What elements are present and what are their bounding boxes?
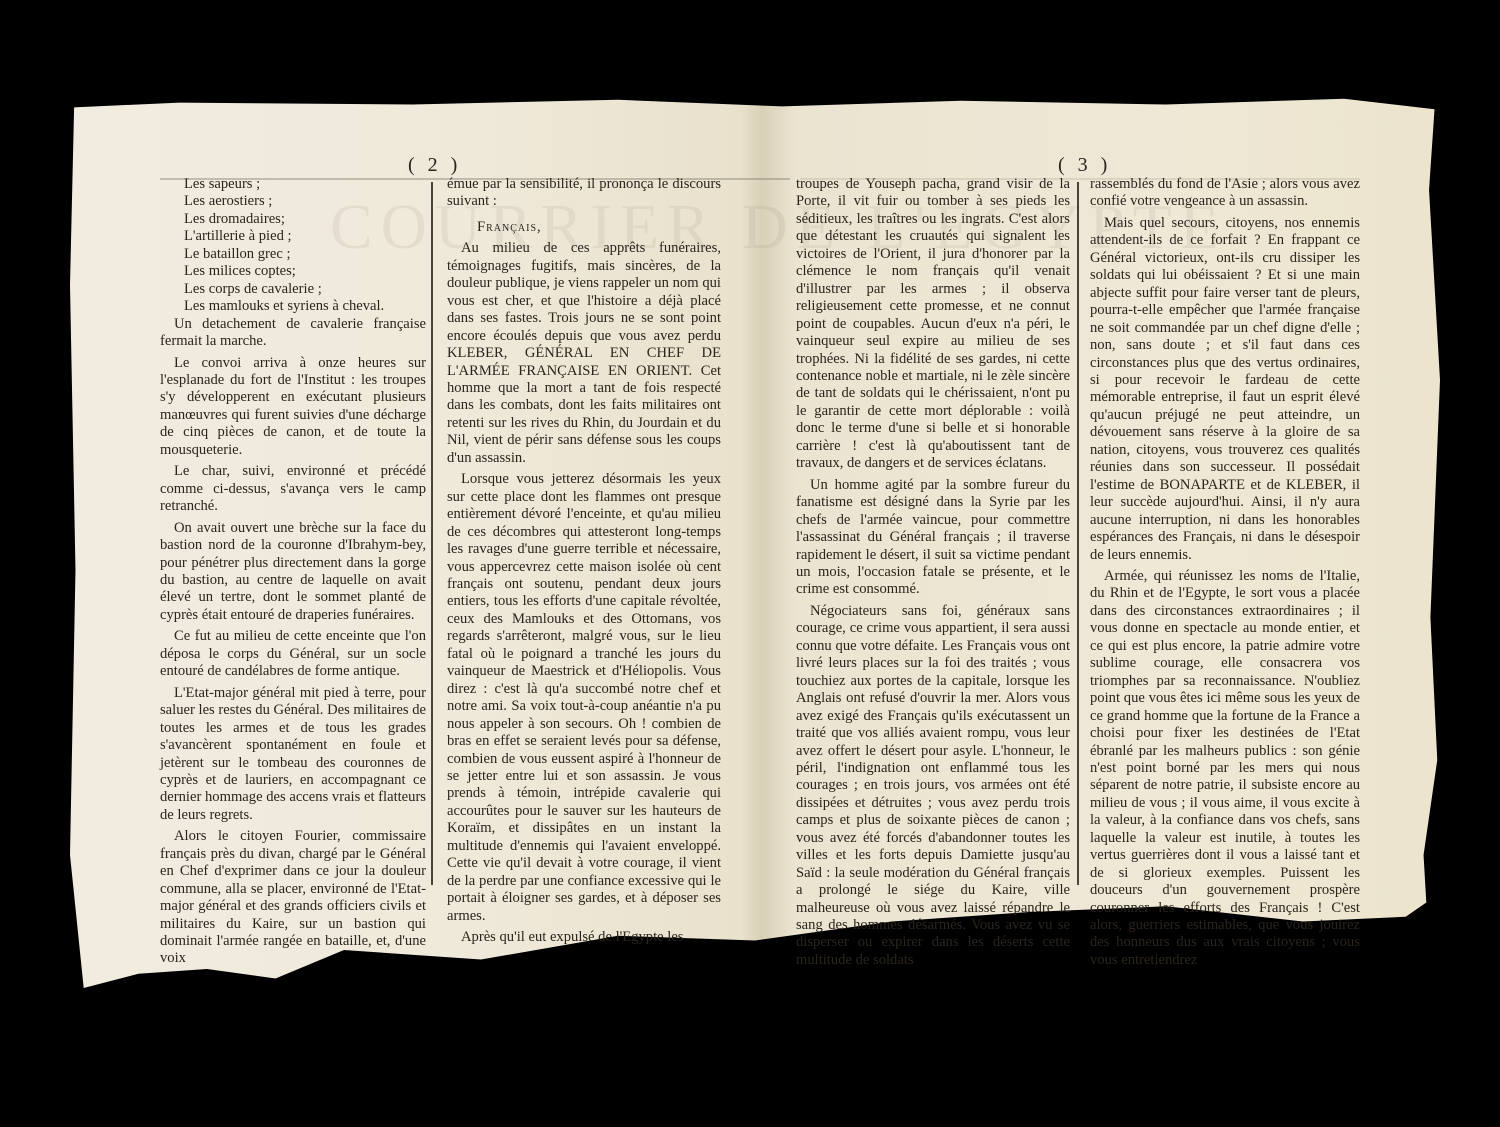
paragraph: Le char, suivi, environné et précédé com… [160, 463, 426, 515]
paragraph: Un detachement de cavalerie française fe… [160, 316, 426, 351]
paragraph: Le convoi arriva à onze heures sur l'esp… [160, 355, 426, 460]
paragraph: Ce fut au milieu de cette enceinte que l… [160, 628, 426, 680]
procession-item: Les dromadaires; [160, 211, 426, 228]
paragraph: Alors le citoyen Fourier, commissaire fr… [160, 828, 426, 968]
paragraph: Après qu'il eut expulsé de l'Egypte les [447, 929, 721, 946]
paragraph: rassemblés du fond de l'Asie ; alors vou… [1090, 176, 1360, 211]
page-3-number: ( 3 ) [1054, 154, 1115, 177]
page-2-number: ( 2 ) [404, 154, 465, 177]
paragraph: Négociateurs sans foi, généraux sans cou… [796, 603, 1070, 970]
paragraph: L'Etat-major général mit pied à terre, p… [160, 685, 426, 825]
page-2-column-1: Les sapeurs ; Les aerostiers ; Les droma… [160, 176, 426, 972]
page-3-column-1: troupes de Youseph pacha, grand visir de… [796, 176, 1070, 973]
page-2-column-2: émue par la sensibilité, il prononça le … [447, 176, 721, 950]
paragraph: Un homme agité par la sombre fureur du f… [796, 477, 1070, 599]
procession-item: Le bataillon grec ; [160, 246, 426, 263]
procession-item: Les aerostiers ; [160, 193, 426, 210]
procession-item: Les corps de cavalerie ; [160, 281, 426, 298]
paragraph: Lorsque vous jetterez désormais les yeux… [447, 471, 721, 925]
paragraph: On avait ouvert une brèche sur la face d… [160, 520, 426, 625]
speech-lead: émue par la sensibilité, il prononça le … [447, 176, 721, 211]
page-2-column-divider [431, 182, 433, 885]
procession-item: Les mamlouks et syriens à cheval. [160, 298, 426, 315]
page-3-column-2: rassemblés du fond de l'Asie ; alors vou… [1090, 176, 1360, 973]
paragraph: Mais quel secours, citoyens, nos ennemis… [1090, 215, 1360, 564]
page-3-column-divider [1077, 182, 1079, 885]
paragraph: Au milieu de ces apprêts funéraires, tém… [447, 240, 721, 467]
speech-salutation: Français, [447, 219, 721, 236]
procession-item: Les sapeurs ; [160, 176, 426, 193]
paragraph: Armée, qui réunissez les noms de l'Itali… [1090, 568, 1360, 969]
paragraph: troupes de Youseph pacha, grand visir de… [796, 176, 1070, 473]
procession-item: Les milices coptes; [160, 263, 426, 280]
procession-item: L'artillerie à pied ; [160, 228, 426, 245]
